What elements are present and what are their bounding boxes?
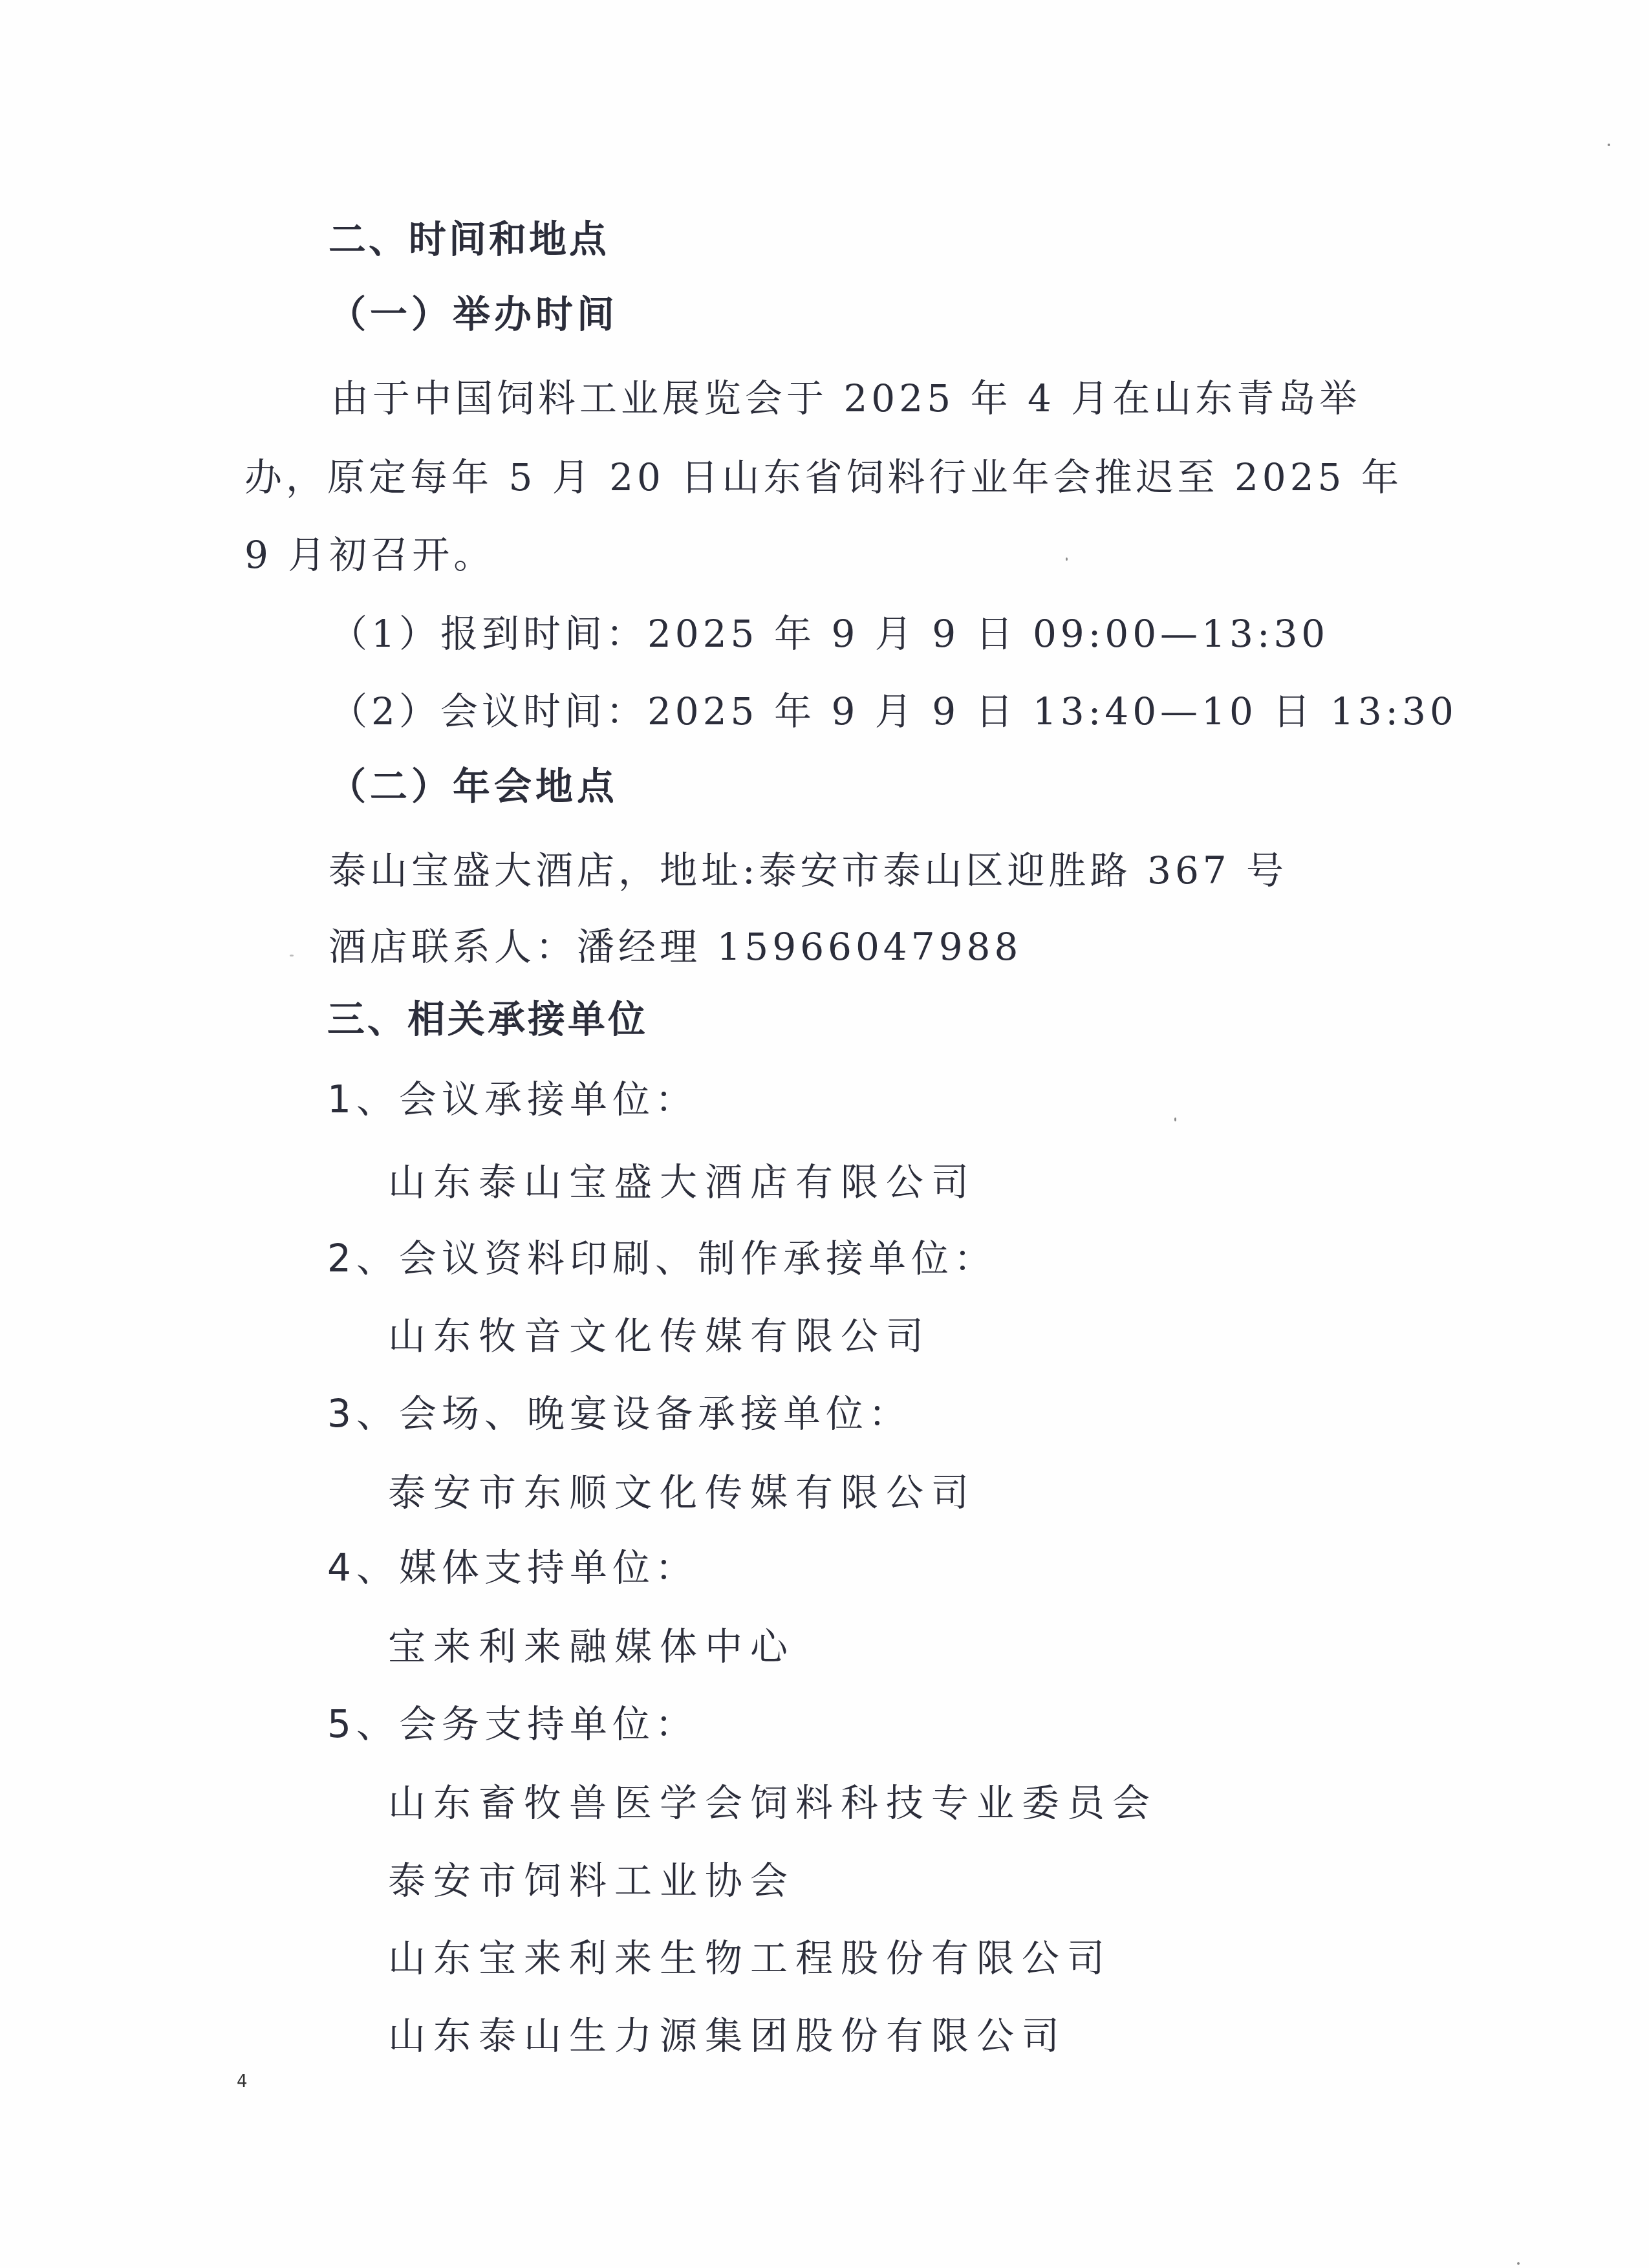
scan-speck: [290, 955, 294, 956]
group-label-5: 5、会务支持单位：: [327, 1701, 698, 1747]
org-item: 山东泰山宝盛大酒店有限公司: [388, 1159, 976, 1205]
meeting-time: （2）会议时间：2025 年 9 月 9 日 13:40—10 日 13:30: [330, 688, 1458, 735]
org-item: 山东牧音文化传媒有限公司: [388, 1313, 931, 1359]
paragraph-line-1: 由于中国饲料工业展览会于 2025 年 4 月在山东青岛举: [331, 375, 1361, 422]
scan-speck: [1174, 1118, 1176, 1121]
scan-speck: [1608, 144, 1610, 146]
paragraph-line-3: 9 月初召开。: [244, 532, 495, 578]
group-label-1: 1、会议承接单位：: [327, 1076, 698, 1123]
org-item: 宝来利来融媒体中心: [388, 1623, 795, 1670]
section-heading-time-and-place: 二、时间和地点: [329, 216, 609, 263]
document-page: 二、时间和地点 （一）举办时间 由于中国饲料工业展览会于 2025 年 4 月在…: [0, 0, 1649, 2268]
org-item: 山东宝来利来生物工程股份有限公司: [388, 1935, 1112, 1982]
org-item: 泰安市东顺文化传媒有限公司: [388, 1469, 976, 1516]
group-label-4: 4、媒体支持单位：: [327, 1544, 698, 1591]
page-number: 4: [237, 2072, 248, 2091]
venue-address: 泰山宝盛大酒店，地址:泰安市泰山区迎胜路 367 号: [329, 847, 1288, 894]
subsection-heading-venue: （二）年会地点: [329, 763, 618, 810]
group-label-3: 3、会场、晚宴设备承接单位：: [327, 1390, 911, 1437]
scan-speck: [1066, 557, 1068, 561]
group-label-2: 2、会议资料印刷、制作承接单位：: [327, 1235, 997, 1282]
org-item: 泰安市饲料工业协会: [388, 1857, 795, 1904]
section-heading-contractors: 三、相关承接单位: [327, 996, 648, 1042]
subsection-heading-schedule: （一）举办时间: [329, 291, 618, 338]
scan-speck: [1517, 2262, 1520, 2265]
hotel-contact: 酒店联系人：潘经理 15966047988: [329, 923, 1022, 970]
paragraph-line-2: 办，原定每年 5 月 20 日山东省饲料行业年会推迟至 2025 年: [244, 454, 1403, 501]
org-item: 山东泰山生力源集团股份有限公司: [388, 2013, 1067, 2059]
registration-time: （1）报到时间：2025 年 9 月 9 日 09:00—13:30: [330, 610, 1329, 657]
org-item: 山东畜牧兽医学会饲料科技专业委员会: [388, 1780, 1158, 1826]
